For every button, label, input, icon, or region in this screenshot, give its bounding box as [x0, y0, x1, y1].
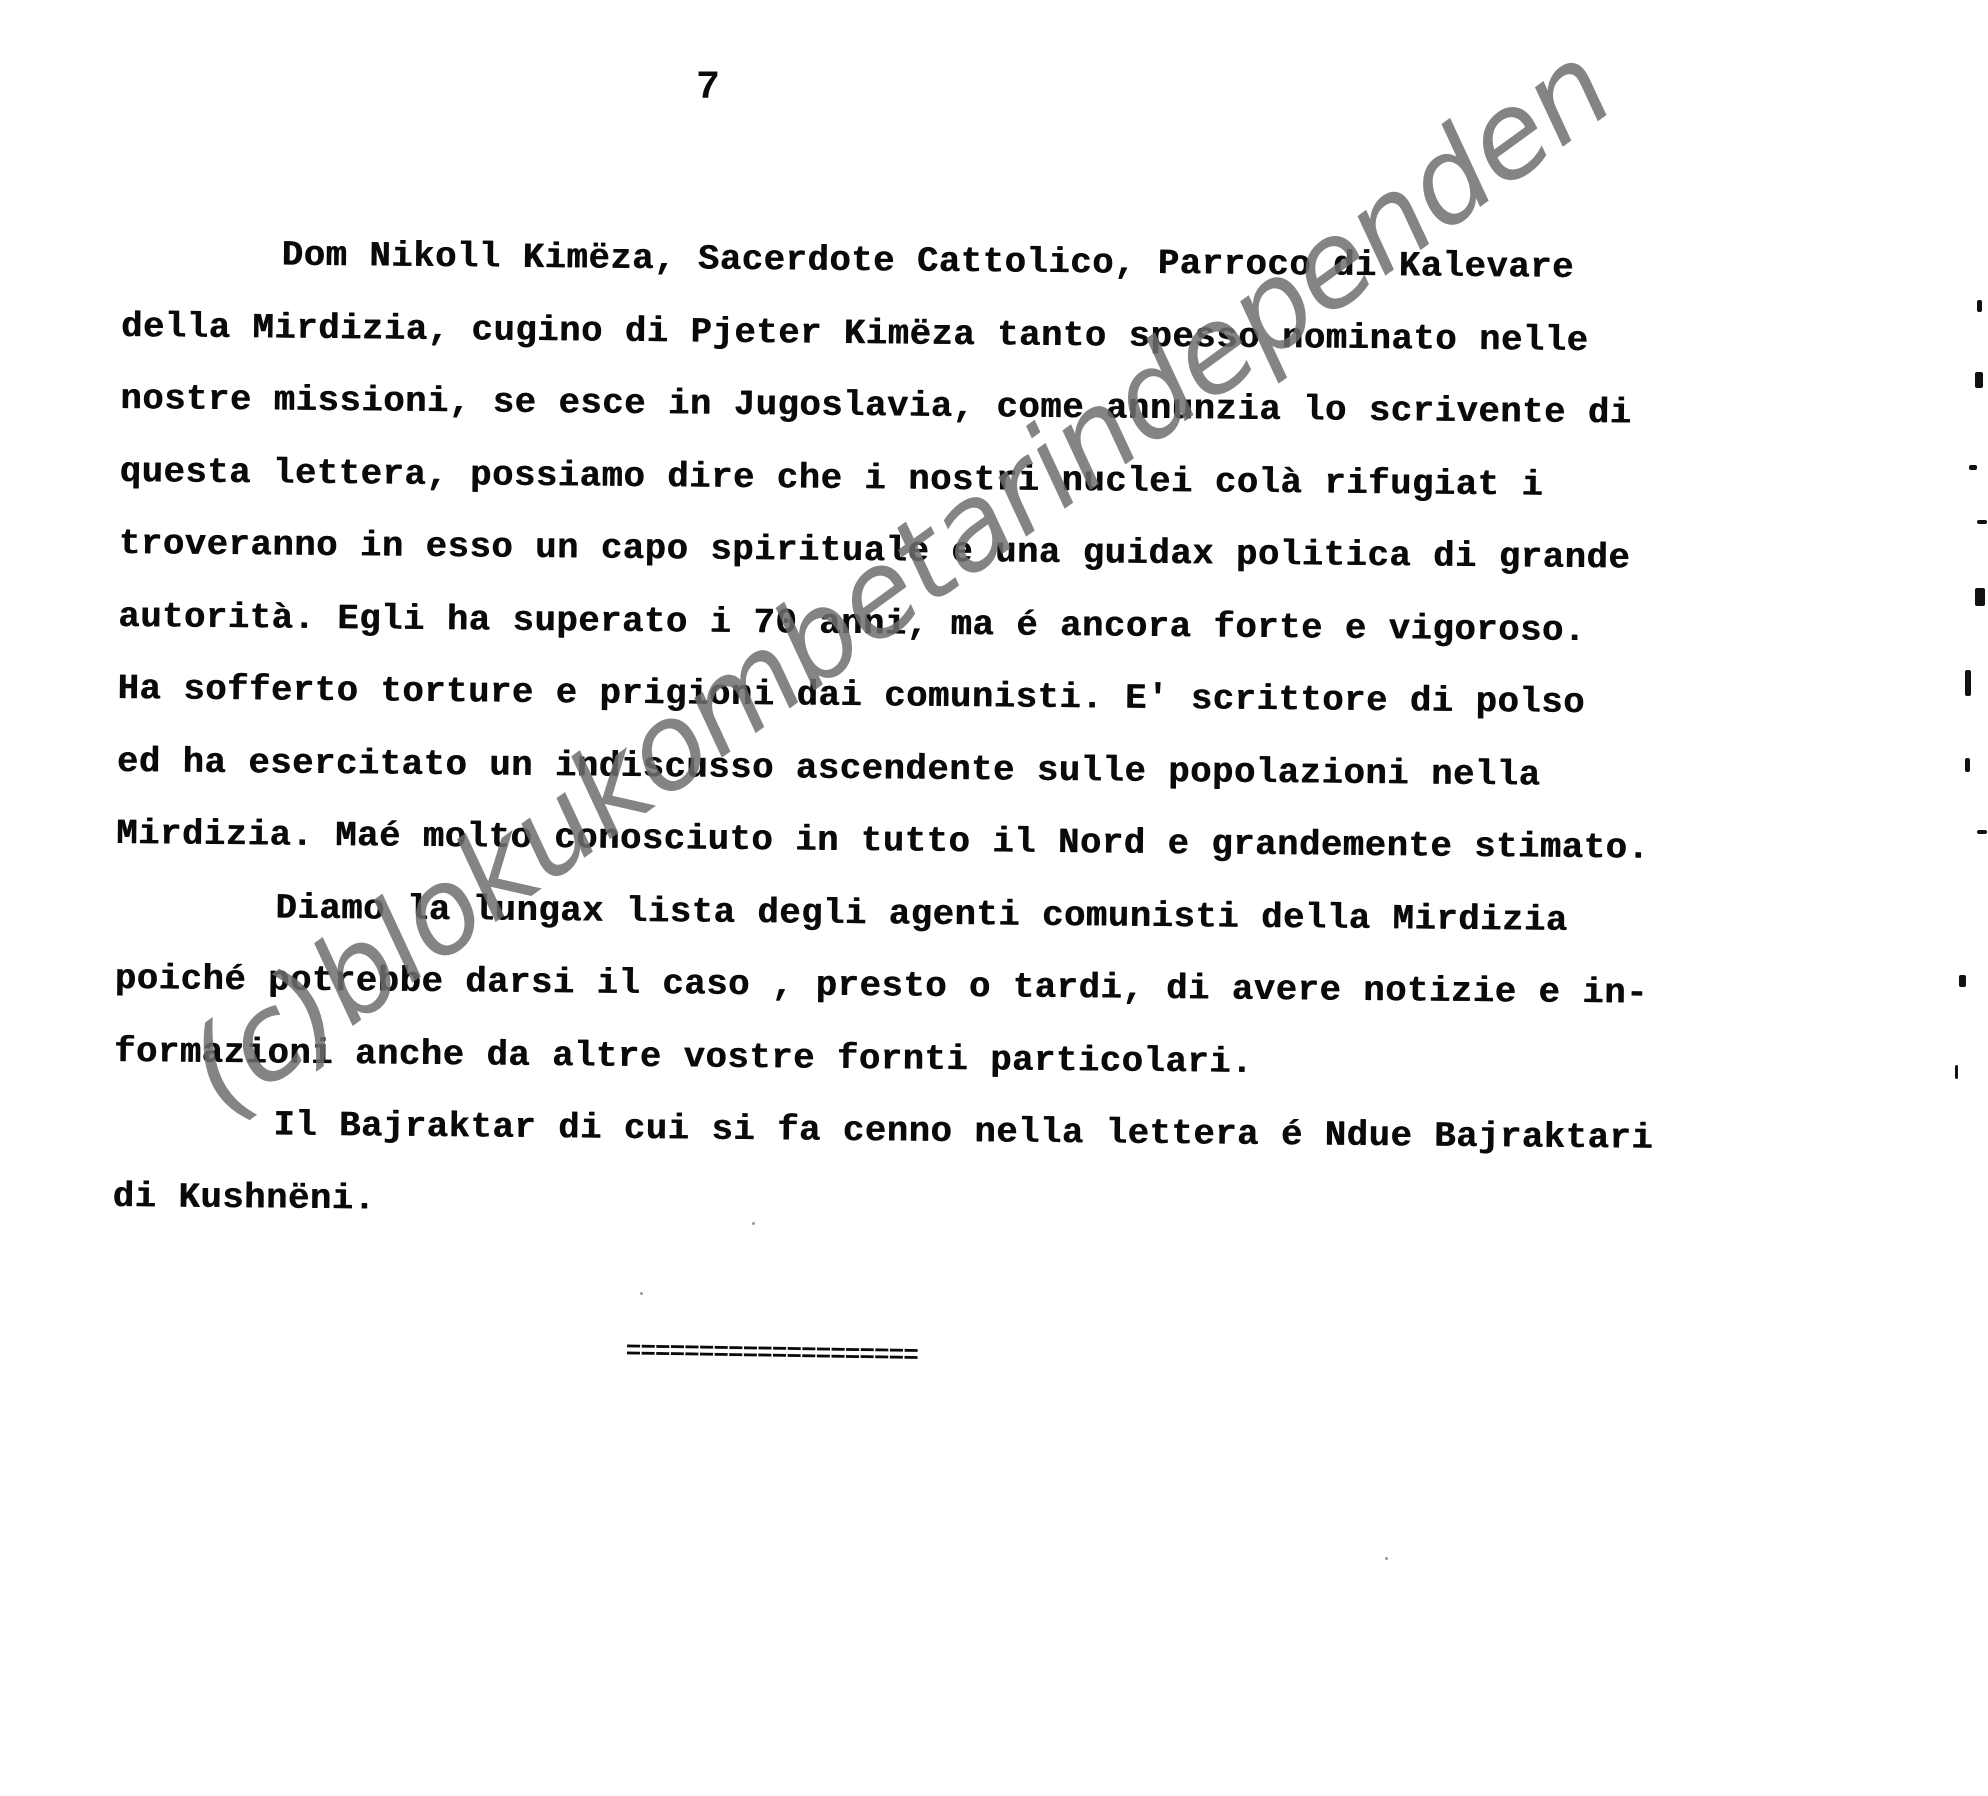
scan-mark [1975, 588, 1985, 606]
scan-mark [1955, 1065, 1958, 1079]
document-page: 7 Dom Nikoll Kimëza, Sacerdote Cattolico… [0, 0, 1988, 1796]
paragraph-1: Dom Nikoll Kimëza, Sacerdote Cattolico, … [116, 218, 1942, 888]
scan-mark [1959, 975, 1966, 987]
document-body: Dom Nikoll Kimëza, Sacerdote Cattolico, … [112, 218, 1942, 1250]
separator-rule: ==================== [626, 1336, 918, 1371]
margin-scan-marks [1955, 270, 1988, 1090]
scan-mark [1977, 300, 1982, 312]
scan-mark [1969, 465, 1977, 470]
scan-mark [1977, 830, 1987, 834]
page-number: 7 [696, 66, 720, 111]
scan-speck [752, 1222, 755, 1225]
scan-mark [1977, 520, 1987, 524]
scan-mark [1975, 372, 1983, 388]
paragraph-2: Diamo la lungax lista degli agenti comun… [114, 870, 1936, 1105]
scan-speck [640, 1292, 643, 1295]
scan-mark [1965, 758, 1970, 772]
paragraph-3: Il Bajraktar di cui si fa cenno nella le… [112, 1088, 1933, 1250]
scan-speck [1385, 1557, 1388, 1560]
scan-mark [1965, 670, 1971, 696]
